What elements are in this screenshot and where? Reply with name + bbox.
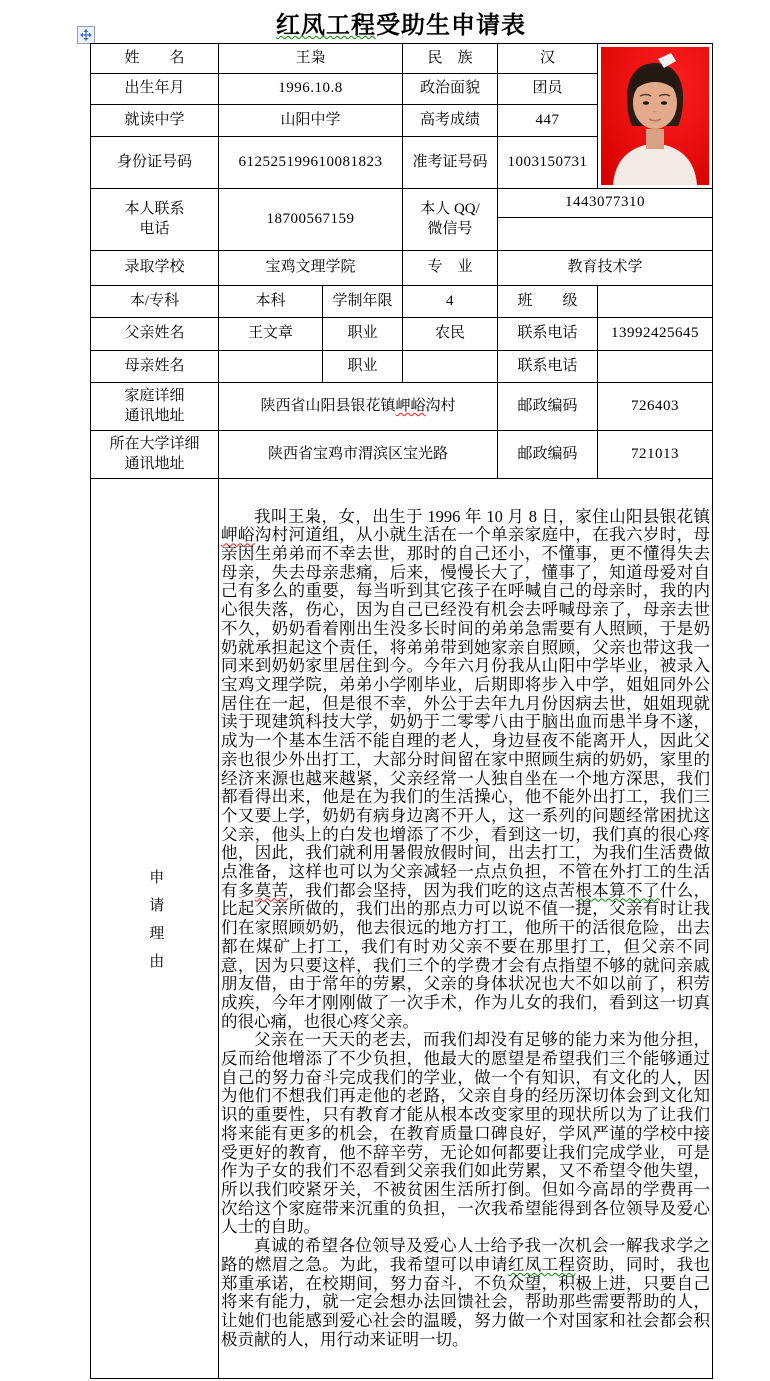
spellcheck-squiggle: 莫苦 [255, 881, 289, 900]
years-value: 4 [403, 286, 498, 318]
reason-label: 申请理由 [91, 479, 219, 1379]
gaokao-value: 447 [498, 105, 598, 137]
home-zip-value: 726403 [598, 383, 713, 431]
spellcheck-squiggle: 岬峪 [396, 398, 426, 414]
mother-name-label: 母亲姓名 [91, 351, 219, 383]
university-address-label: 所在大学详细 通讯地址 [91, 431, 219, 479]
degree-value: 本科 [219, 286, 323, 318]
qq-label-line2: 微信号 [405, 220, 495, 240]
mother-job-label: 职业 [323, 351, 403, 383]
father-phone-label: 联系电话 [498, 318, 598, 351]
spellcheck-squiggle: 红凤工程 [508, 1255, 576, 1274]
political-value: 团员 [498, 74, 598, 105]
high-school-value: 山阳中学 [219, 105, 403, 137]
right-eye [661, 101, 667, 104]
university-zip-label: 邮政编码 [498, 431, 598, 479]
move-icon [80, 29, 92, 41]
mother-name-value [219, 351, 323, 383]
home-address-label: 家庭详细 通讯地址 [91, 383, 219, 431]
application-form-table: 姓 名 王枭 民 族 汉 [90, 43, 713, 1379]
table-row: 姓 名 王枭 民 族 汉 [91, 44, 713, 74]
ethnicity-label: 民 族 [403, 44, 498, 74]
class-value [598, 286, 713, 318]
table-row: 所在大学详细 通讯地址 陕西省宝鸡市渭滨区宝光路 邮政编码 721013 [91, 431, 713, 479]
id-number-label: 身份证号码 [91, 137, 219, 189]
mother-job-value [403, 351, 498, 383]
qq-value-extra [498, 218, 713, 251]
birth-value: 1996.10.8 [219, 74, 403, 105]
major-value: 教育技术学 [498, 251, 713, 286]
photo-cell [598, 44, 713, 189]
father-name-value: 王文章 [219, 318, 323, 351]
spellcheck-squiggle: 岬峪 [221, 525, 255, 544]
father-name-label: 父亲姓名 [91, 318, 219, 351]
university-address-value: 陕西省宝鸡市渭滨区宝光路 [219, 431, 498, 479]
table-row: 本/专科 本科 学制年限 4 班 级 [91, 286, 713, 318]
birth-label: 出生年月 [91, 74, 219, 105]
table-row: 家庭详细 通讯地址 陕西省山阳县银花镇岬峪沟村 邮政编码 726403 [91, 383, 713, 431]
father-job-value: 农民 [403, 318, 498, 351]
reason-label-text: 申请理由 [145, 869, 165, 981]
spellcheck-squiggle: 红凤工程 [276, 13, 376, 39]
gaokao-label: 高考成绩 [403, 105, 498, 137]
political-label: 政治面貌 [403, 74, 498, 105]
home-address-label-line2: 通讯地址 [93, 407, 216, 427]
class-label: 班 级 [498, 286, 598, 318]
ethnicity-value: 汉 [498, 44, 598, 74]
degree-label: 本/专科 [91, 286, 219, 318]
phone-label: 本人联系 电话 [91, 189, 219, 251]
home-address-value: 陕西省山阳县银花镇岬峪沟村 [219, 383, 498, 431]
phone-label-line2: 电话 [93, 220, 216, 240]
phone-value: 18700567159 [219, 189, 403, 251]
left-eye [643, 101, 649, 104]
table-row: 录取学校 宝鸡文理学院 专 业 教育技术学 [91, 251, 713, 286]
university-zip-value: 721013 [598, 431, 713, 479]
mother-phone-value [598, 351, 713, 383]
neck [646, 129, 664, 149]
university-address-label-line1: 所在大学详细 [93, 435, 216, 455]
table-row: 母亲姓名 职业 联系电话 [91, 351, 713, 383]
home-address-label-line1: 家庭详细 [93, 387, 216, 407]
reason-content: 我叫王枭，女，出生于 1996 年 10 月 8 日，家住山阳县银花镇岬峪沟村河… [219, 479, 713, 1379]
table-row: 申请理由 我叫王枭，女，出生于 1996 年 10 月 8 日，家住山阳县银花镇… [91, 479, 713, 1379]
college-value: 宝鸡文理学院 [219, 251, 403, 286]
mother-phone-label: 联系电话 [498, 351, 598, 383]
exam-number-value: 1003150731 [498, 137, 598, 189]
id-number-value: 612525199610081823 [219, 137, 403, 189]
table-move-anchor[interactable] [77, 26, 95, 44]
qq-value: 1443077310 [498, 189, 713, 218]
exam-number-label: 准考证号码 [403, 137, 498, 189]
high-school-label: 就读中学 [91, 105, 219, 137]
reason-paragraph-2: 父亲在一天天的老去，而我们却没有足够的能力来为他分担，反而给他增添了不少负担，他… [221, 1031, 710, 1237]
reason-paragraph-1: 我叫王枭，女，出生于 1996 年 10 月 8 日，家住山阳县银花镇岬峪沟村河… [221, 508, 710, 1032]
reason-paragraph-3: 真诚的希望各位领导及爱心人士给予我一次机会一解我求学之路的燃眉之急。为此，我希望… [221, 1237, 710, 1349]
qq-label-line1: 本人 QQ/ [405, 200, 495, 220]
university-address-label-line2: 通讯地址 [93, 455, 216, 475]
home-zip-label: 邮政编码 [498, 383, 598, 431]
years-label: 学制年限 [323, 286, 403, 318]
document-page: { "doc": { "title": "红凤工程受助生申请表" }, "fie… [0, 0, 770, 1381]
major-label: 专 业 [403, 251, 498, 286]
qq-wechat-label: 本人 QQ/ 微信号 [403, 189, 498, 251]
spellcheck-squiggle: 根本算不了 [575, 881, 659, 900]
college-label: 录取学校 [91, 251, 219, 286]
applicant-photo [601, 47, 709, 185]
name-value: 王枭 [219, 44, 403, 74]
table-row: 本人联系 电话 18700567159 本人 QQ/ 微信号 144307731… [91, 189, 713, 218]
page-title: 红凤工程受助生申请表 [90, 5, 712, 40]
name-label: 姓 名 [91, 44, 219, 74]
table-row: 父亲姓名 王文章 职业 农民 联系电话 13992425645 [91, 318, 713, 351]
father-job-label: 职业 [323, 318, 403, 351]
father-phone-value: 13992425645 [598, 318, 713, 351]
phone-label-line1: 本人联系 [93, 200, 216, 220]
